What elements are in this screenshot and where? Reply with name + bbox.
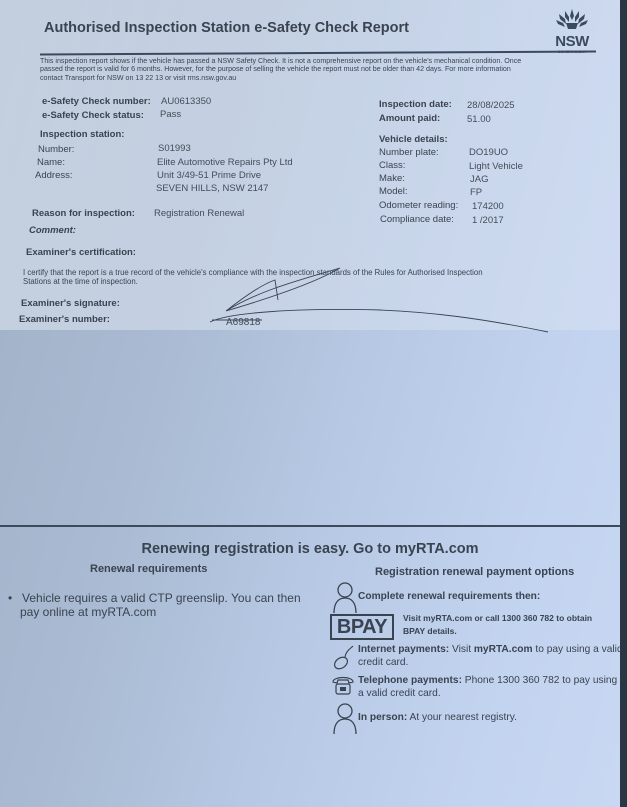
internet-text: Visit	[449, 644, 474, 655]
person-icon	[333, 703, 357, 735]
in-person-text: In person: At your nearest registry.	[358, 711, 517, 724]
telephone-line2: a valid credit card.	[358, 687, 617, 700]
requirements-heading: Renewal requirements	[90, 563, 207, 575]
internet-payments-label: Internet payments:	[358, 644, 449, 655]
requirement-line: pay online at myRTA.com	[8, 606, 301, 620]
renewal-heading: Renewing registration is easy. Go to myR…	[0, 541, 620, 557]
internet-line2: credit card.	[358, 656, 623, 669]
internet-payments-text: Internet payments: Visit myRTA.com to pa…	[358, 643, 623, 669]
bpay-text: Visit myRTA.com or call 1300 360 782 to …	[403, 612, 592, 638]
person-icon	[333, 582, 357, 614]
in-person-label: In person:	[358, 712, 407, 723]
bullet-icon: •	[8, 592, 12, 606]
myrta-link[interactable]: myRTA.com	[474, 644, 533, 655]
requirement-line: Vehicle requires a valid CTP greenslip. …	[8, 592, 301, 606]
report-page: Authorised Inspection Station e-Safety C…	[0, 0, 620, 807]
bpay-logo: BPAY	[330, 614, 394, 640]
background-edge	[620, 0, 627, 807]
bpay-line: Visit myRTA.com or call 1300 360 782 to …	[403, 612, 592, 625]
internet-text: to pay using a valid	[533, 644, 623, 655]
examiner-signature	[0, 0, 620, 340]
payment-heading: Registration renewal payment options	[375, 566, 574, 578]
complete-requirements-text: Complete renewal requirements then:	[358, 590, 540, 603]
computer-mouse-icon	[332, 645, 354, 671]
requirement-item: • Vehicle requires a valid CTP greenslip…	[8, 592, 301, 619]
telephone-text: Phone 1300 360 782 to pay using	[462, 675, 617, 686]
in-person-detail: At your nearest registry.	[407, 712, 517, 723]
bpay-line: BPAY details.	[403, 625, 592, 638]
telephone-icon	[331, 674, 355, 696]
section-rule	[0, 525, 620, 527]
telephone-payments-text: Telephone payments: Phone 1300 360 782 t…	[358, 674, 617, 700]
telephone-payments-label: Telephone payments:	[358, 675, 462, 686]
